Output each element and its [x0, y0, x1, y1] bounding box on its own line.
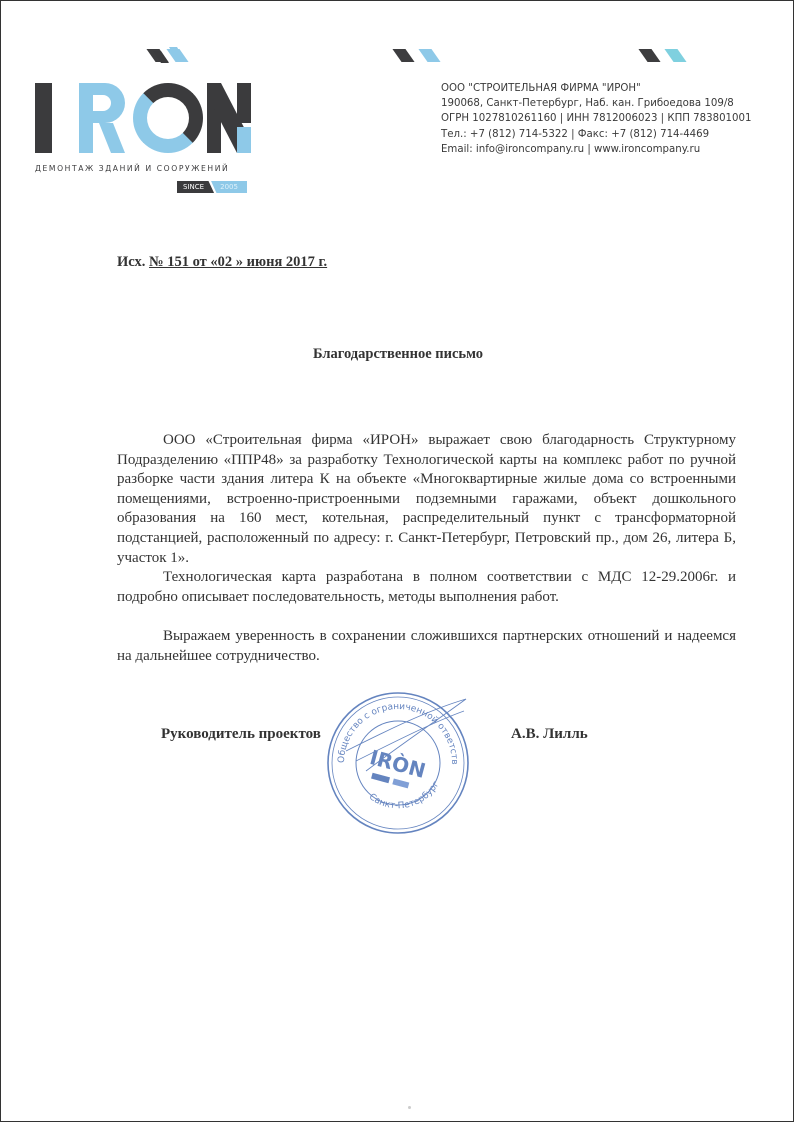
company-stamp: Общество с ограниченной ответственностью… [326, 691, 470, 835]
decor-shape-blue [418, 49, 440, 62]
since-badge: SINCE 2005 [177, 181, 247, 193]
decor-shape-dark [392, 49, 414, 62]
company-registration: ОГРН 1027810261160 | ИНН 7812006023 | КП… [441, 111, 751, 126]
page-mark [408, 1106, 411, 1109]
since-year: 2005 [211, 181, 247, 193]
logo-accent-mark [153, 47, 183, 73]
body-paragraph: ООО «Строительная фирма «ИРОН» выражает … [117, 431, 736, 568]
logo-letter-o [133, 83, 203, 153]
letter-title: Благодарственное письмо [1, 346, 794, 363]
signer-name: А.В. Лилль [511, 726, 588, 743]
decor-shape-cyan [664, 49, 686, 62]
body-paragraph: Выражаем уверенность в сохранении сложив… [117, 627, 736, 666]
company-details: ООО "СТРОИТЕЛЬНАЯ ФИРМА "ИРОН" 190068, С… [441, 81, 751, 157]
letter-body: ООО «Строительная фирма «ИРОН» выражает … [117, 431, 736, 667]
logo-letter-n-diagonal [207, 83, 251, 153]
company-name: ООО "СТРОИТЕЛЬНАЯ ФИРМА "ИРОН" [441, 81, 751, 96]
company-phones: Тел.: +7 (812) 714-5322 | Факс: +7 (812)… [441, 127, 751, 142]
company-address: 190068, Санкт-Петербург, Наб. кан. Грибо… [441, 96, 751, 111]
letter-page: ДЕМОНТАЖ ЗДАНИЙ И СООРУЖЕНИЙ SINCE 2005 … [0, 0, 794, 1122]
signer-role: Руководитель проектов [161, 726, 321, 743]
company-contacts: Email: info@ironcompany.ru | www.ironcom… [441, 142, 751, 157]
logo-letter-i [35, 83, 52, 153]
logo-tagline: ДЕМОНТАЖ ЗДАНИЙ И СООРУЖЕНИЙ [35, 164, 251, 173]
body-paragraph: Технологическая карта разработана в полн… [117, 568, 736, 607]
since-label: SINCE [177, 181, 214, 193]
company-logo: ДЕМОНТАЖ ЗДАНИЙ И СООРУЖЕНИЙ SINCE 2005 [35, 83, 251, 173]
logo-letter-r [79, 83, 125, 153]
logo-wordmark [35, 83, 251, 158]
reference-number: № 151 от «02 » июня 2017 г. [149, 254, 327, 270]
decor-shape-dark [638, 49, 660, 62]
outgoing-reference: Исх. № 151 от «02 » июня 2017 г. [117, 254, 327, 271]
reference-prefix: Исх. [117, 254, 145, 270]
